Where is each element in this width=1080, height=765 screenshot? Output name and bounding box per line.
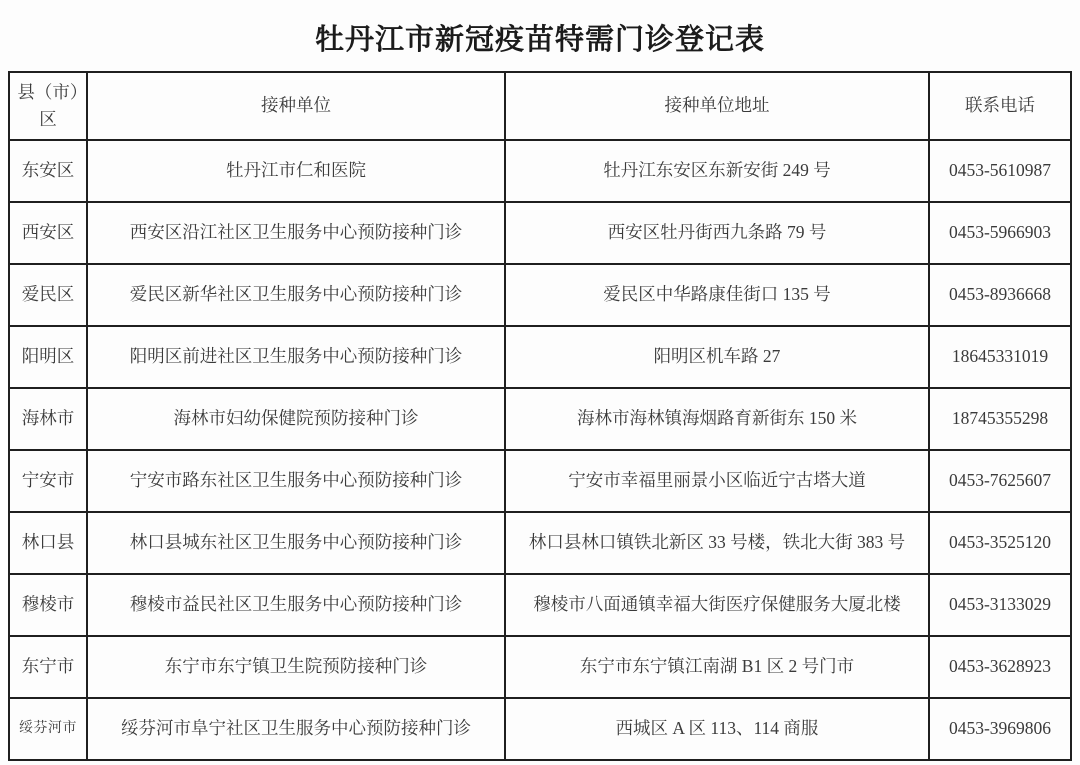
cell-district: 西安区 [9,202,87,264]
header-unit: 接种单位 [87,72,505,140]
cell-unit: 阳明区前进社区卫生服务中心预防接种门诊 [87,326,505,388]
header-address: 接种单位地址 [505,72,929,140]
table-row: 宁安市 宁安市路东社区卫生服务中心预防接种门诊 宁安市幸福里丽景小区临近宁古塔大… [9,450,1071,512]
cell-address: 穆棱市八面通镇幸福大街医疗保健服务大厦北楼 [505,574,929,636]
cell-address: 阳明区机车路 27 [505,326,929,388]
cell-phone: 18645331019 [929,326,1071,388]
table-row: 东安区 牡丹江市仁和医院 牡丹江东安区东新安街 249 号 0453-56109… [9,140,1071,202]
header-district: 县（市）区 [9,72,87,140]
cell-address: 西城区 A 区 113、114 商服 [505,698,929,760]
cell-unit: 牡丹江市仁和医院 [87,140,505,202]
cell-unit: 绥芬河市阜宁社区卫生服务中心预防接种门诊 [87,698,505,760]
cell-district: 海林市 [9,388,87,450]
table-row: 爱民区 爱民区新华社区卫生服务中心预防接种门诊 爱民区中华路康佳街口 135 号… [9,264,1071,326]
table-row: 林口县 林口县城东社区卫生服务中心预防接种门诊 林口县林口镇铁北新区 33 号楼… [9,512,1071,574]
cell-address: 爱民区中华路康佳街口 135 号 [505,264,929,326]
page-title: 牡丹江市新冠疫苗特需门诊登记表 [0,0,1080,58]
cell-address: 西安区牡丹街西九条路 79 号 [505,202,929,264]
cell-unit: 穆棱市益民社区卫生服务中心预防接种门诊 [87,574,505,636]
cell-unit: 宁安市路东社区卫生服务中心预防接种门诊 [87,450,505,512]
vaccine-clinic-table: 县（市）区 接种单位 接种单位地址 联系电话 东安区 牡丹江市仁和医院 牡丹江东… [8,71,1072,761]
header-phone: 联系电话 [929,72,1071,140]
cell-unit: 东宁市东宁镇卫生院预防接种门诊 [87,636,505,698]
cell-address: 牡丹江东安区东新安街 249 号 [505,140,929,202]
cell-phone: 0453-3969806 [929,698,1071,760]
cell-unit: 西安区沿江社区卫生服务中心预防接种门诊 [87,202,505,264]
cell-address: 林口县林口镇铁北新区 33 号楼，铁北大街 383 号 [505,512,929,574]
cell-address: 海林市海林镇海烟路育新街东 150 米 [505,388,929,450]
cell-address: 宁安市幸福里丽景小区临近宁古塔大道 [505,450,929,512]
table-row: 海林市 海林市妇幼保健院预防接种门诊 海林市海林镇海烟路育新街东 150 米 1… [9,388,1071,450]
cell-district: 东安区 [9,140,87,202]
table-row: 阳明区 阳明区前进社区卫生服务中心预防接种门诊 阳明区机车路 27 186453… [9,326,1071,388]
cell-district: 宁安市 [9,450,87,512]
table-row: 穆棱市 穆棱市益民社区卫生服务中心预防接种门诊 穆棱市八面通镇幸福大街医疗保健服… [9,574,1071,636]
cell-phone: 0453-3133029 [929,574,1071,636]
cell-phone: 0453-3525120 [929,512,1071,574]
cell-district: 东宁市 [9,636,87,698]
cell-district: 爱民区 [9,264,87,326]
cell-district: 阳明区 [9,326,87,388]
cell-address: 东宁市东宁镇江南湖 B1 区 2 号门市 [505,636,929,698]
cell-unit: 爱民区新华社区卫生服务中心预防接种门诊 [87,264,505,326]
document-page: 牡丹江市新冠疫苗特需门诊登记表 县（市）区 接种单位 接种单位地址 联系电话 东… [0,0,1080,765]
cell-phone: 0453-8936668 [929,264,1071,326]
cell-district: 林口县 [9,512,87,574]
table-header-row: 县（市）区 接种单位 接种单位地址 联系电话 [9,72,1071,140]
cell-district: 绥芬河市 [9,698,87,760]
table-row: 东宁市 东宁市东宁镇卫生院预防接种门诊 东宁市东宁镇江南湖 B1 区 2 号门市… [9,636,1071,698]
cell-phone: 18745355298 [929,388,1071,450]
cell-unit: 林口县城东社区卫生服务中心预防接种门诊 [87,512,505,574]
cell-district: 穆棱市 [9,574,87,636]
cell-phone: 0453-3628923 [929,636,1071,698]
cell-phone: 0453-5610987 [929,140,1071,202]
cell-phone: 0453-5966903 [929,202,1071,264]
table-row: 西安区 西安区沿江社区卫生服务中心预防接种门诊 西安区牡丹街西九条路 79 号 … [9,202,1071,264]
table-row: 绥芬河市 绥芬河市阜宁社区卫生服务中心预防接种门诊 西城区 A 区 113、11… [9,698,1071,760]
cell-unit: 海林市妇幼保健院预防接种门诊 [87,388,505,450]
cell-phone: 0453-7625607 [929,450,1071,512]
